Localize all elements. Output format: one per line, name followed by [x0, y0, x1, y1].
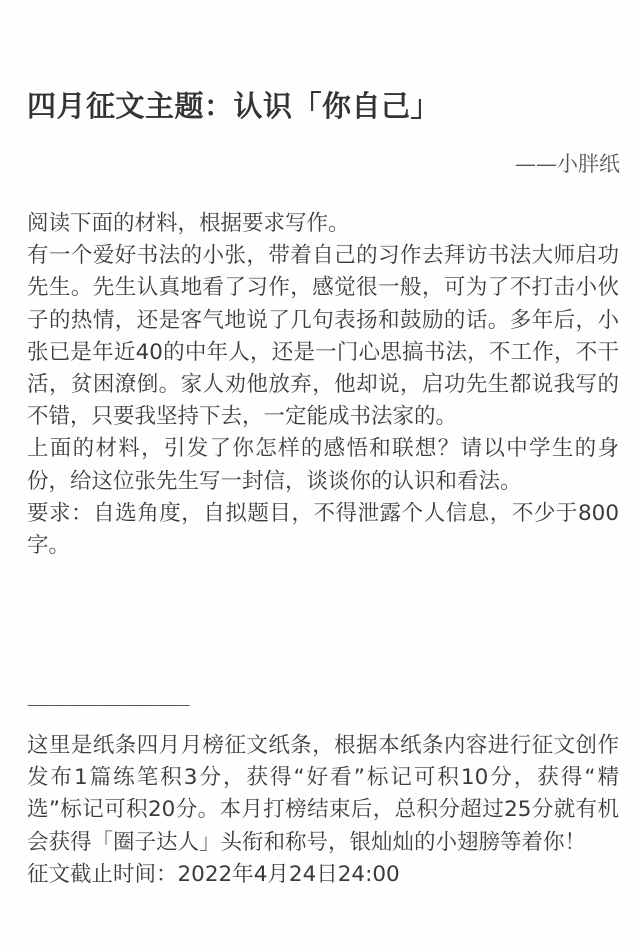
article-page: 四月征文主题：认识「你自己」 ——小胖纸 阅读下面的材料，根据要求写作。 有一个… — [0, 0, 640, 950]
section-divider: ——————————————— — [27, 698, 189, 712]
article-title: 四月征文主题：认识「你自己」 — [27, 84, 440, 125]
body-paragraph-intro: 阅读下面的材料，根据要求写作。 — [27, 208, 619, 240]
body-paragraph-material: 有一个爱好书法的小张，带着自己的习作去拜访书法大师启功先生。先生认真地看了习作，… — [27, 240, 619, 433]
body-paragraph-prompt: 上面的材料，引发了你怎样的感悟和联想？请以中学生的身份，给这位张先生写一封信，谈… — [27, 433, 619, 497]
contest-notice: 这里是纸条四月月榜征文纸条，根据本纸条内容进行征文创作发布1篇练笔积3分，获得“… — [27, 730, 619, 891]
body-paragraph-requirements: 要求：自选角度，自拟题目，不得泄露个人信息，不少于800字。 — [27, 498, 619, 562]
article-author: ——小胖纸 — [515, 148, 620, 178]
contest-deadline: 征文截止时间：2022年4月24日24:00 — [27, 859, 619, 891]
contest-notice-text: 这里是纸条四月月榜征文纸条，根据本纸条内容进行征文创作发布1篇练笔积3分，获得“… — [27, 730, 619, 859]
article-body: 阅读下面的材料，根据要求写作。 有一个爱好书法的小张，带着自己的习作去拜访书法大… — [27, 208, 619, 562]
